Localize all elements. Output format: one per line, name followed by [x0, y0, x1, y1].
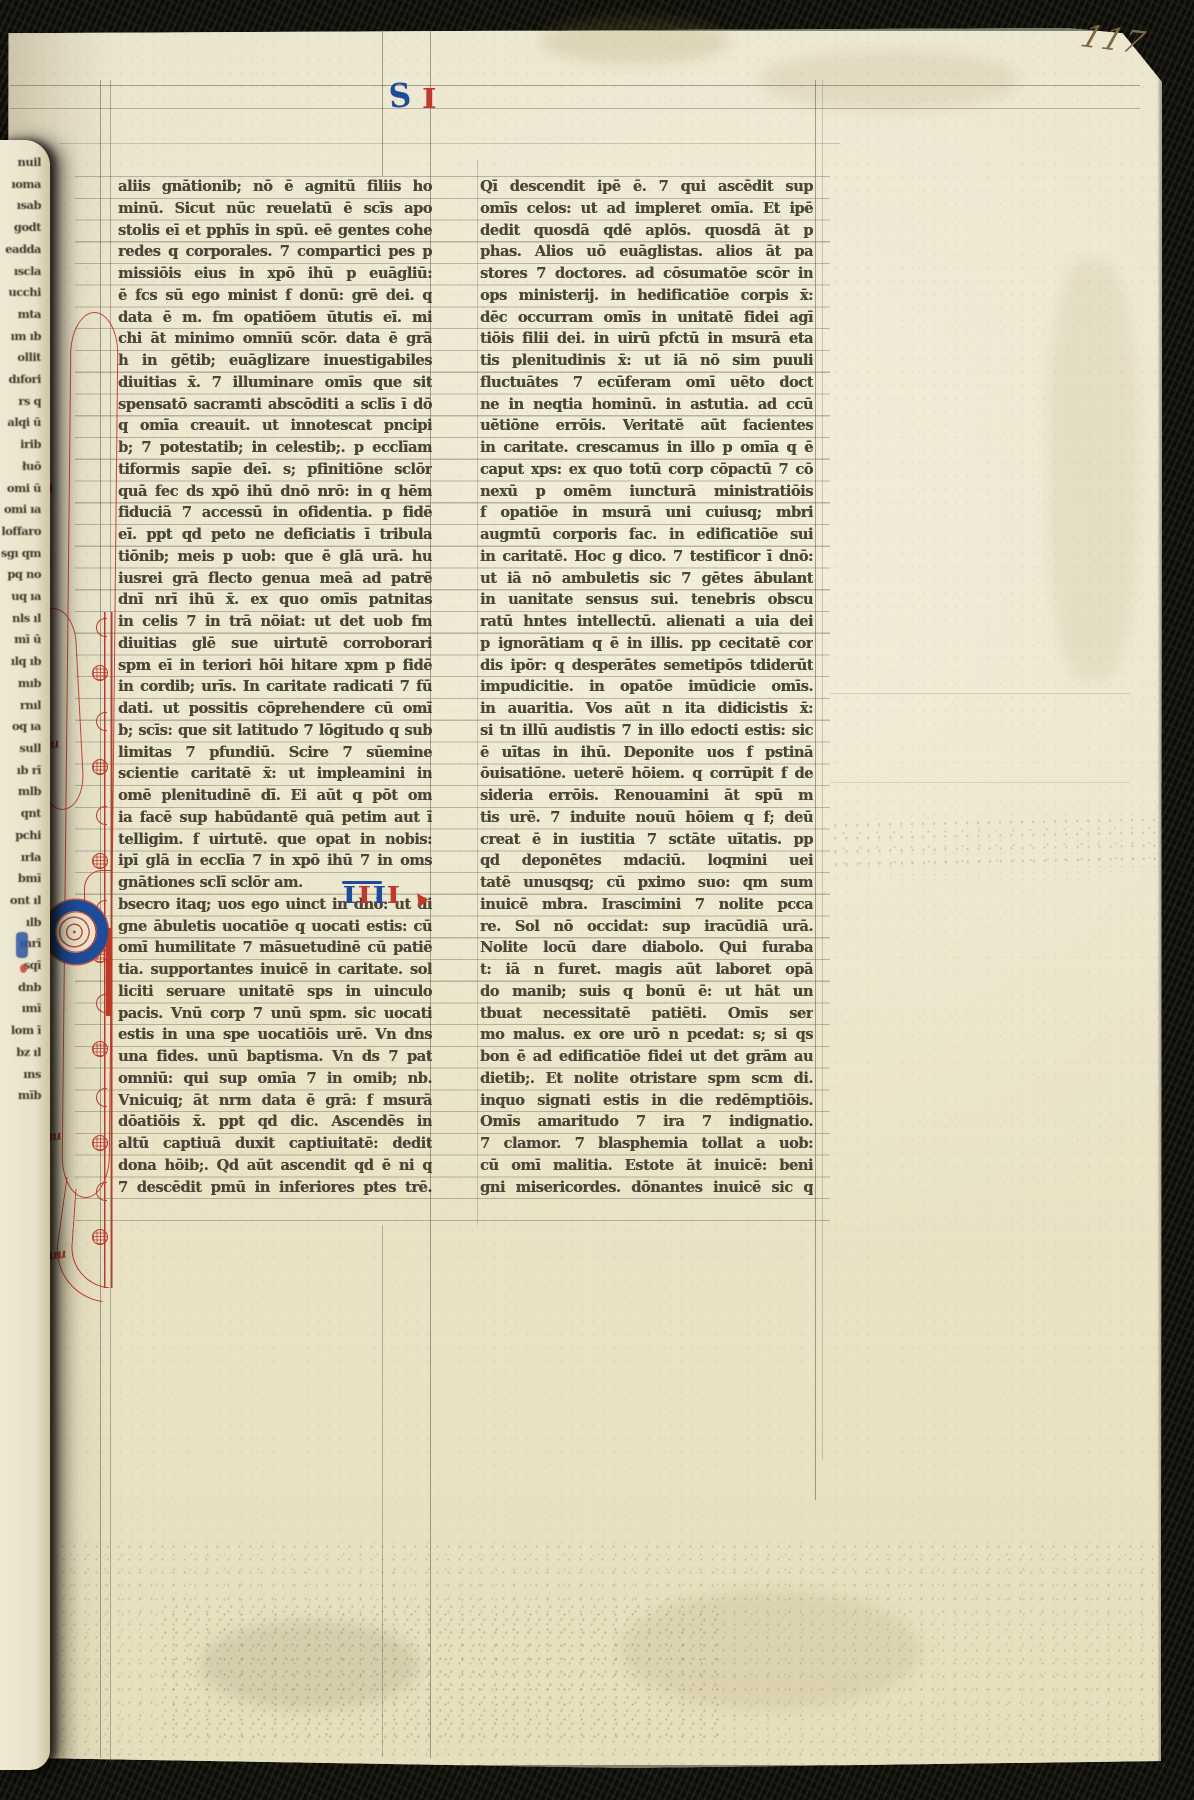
- manuscript-text-line: dōatiōis x̄. ppt qd dic. Ascendēs in: [118, 1111, 432, 1133]
- manuscript-text-line: altū captiuā duxit captiuitatē: dedit: [118, 1133, 432, 1155]
- facing-page-line-end: omi ū: [0, 478, 41, 500]
- chapter-numeral-IIII: IIII: [344, 881, 399, 910]
- manuscript-text-line: dis ipōr: q desperātes semetipōs tdiderū…: [480, 654, 813, 676]
- manuscript-text-line: mo malus. ex ore urō n pcedat: s; si qs: [480, 1024, 813, 1046]
- manuscript-text-line: phas. Alios uō euāglistas. alios āt pa: [480, 241, 813, 263]
- ruling-line: [830, 693, 1130, 694]
- ruling-line: [830, 782, 1130, 783]
- manuscript-text-line: Qī descendit ipē ē. 7 qui ascēdit sup: [480, 176, 813, 198]
- manuscript-text-line: gne ābuletis uocatiōe q uocati estis: cū: [118, 915, 432, 937]
- facing-page-line-end: rnıl: [0, 695, 41, 717]
- ruling-line: [10, 85, 1140, 86]
- manuscript-text-line: Omīs amaritudo 7 ira 7 indignatio.: [480, 1111, 813, 1133]
- manuscript-text-line: gni misericordes. dōnantes inuicē sic q: [480, 1176, 813, 1198]
- manuscript-text-line: sideria errōis. Renouamini āt spū m: [480, 785, 813, 807]
- decorated-initial-O: [44, 900, 108, 964]
- manuscript-text-line: ratū hntes intellectū. alienati a uia de…: [480, 611, 813, 633]
- manuscript-text-line: dedit quosdā qdē aplōs. quosdā āt p: [480, 219, 813, 241]
- ruling-line-vertical: [477, 160, 478, 1225]
- facing-page-line-end: dnb: [0, 977, 41, 999]
- manuscript-text-line: aliis gnātionib; nō ē agnitū filiis ho: [118, 176, 432, 198]
- manuscript-text-line: impudicitie. in opatōe imūdicie omīs.: [480, 676, 813, 698]
- manuscript-text-line: h in gētib; euāglizare inuestigabiles: [118, 350, 432, 372]
- manuscript-text-line: in celis 7 in trā nōiat: ut det uob fm: [118, 611, 432, 633]
- manuscript-text-line: inquo signati estis in die redēmptiōis.: [480, 1089, 813, 1111]
- chapter-numeral-letter: I: [357, 884, 370, 910]
- facing-page-line-end: pchi: [0, 825, 41, 847]
- facing-page-line-end: ırla: [0, 847, 41, 869]
- manuscript-text-line: minū. Sicut nūc reuelatū ē scīs apo: [118, 198, 432, 220]
- manuscript-text-line: b; scīs: que sit latitudo 7 lōgitudo q s…: [118, 720, 432, 742]
- ruling-line-vertical: [822, 80, 823, 1460]
- facing-page-line-end: mlb: [0, 781, 41, 803]
- running-header-letter-red: I: [422, 84, 437, 115]
- manuscript-text-line: dēc occurram omīs in unitatē fidei agī: [480, 306, 813, 328]
- manuscript-text-line: augmtū corporis fac. in edificatiōe sui: [480, 524, 813, 546]
- paragraph-mark-icon: [417, 892, 429, 907]
- manuscript-text-line: chi āt minimo omnīū scōr. data ē grā: [118, 328, 432, 350]
- manuscript-text-line: in auaritia. Vos aūt n ita didicistis x̄…: [480, 698, 813, 720]
- manuscript-text-line: fluctuātes 7 ecūferam omī uēto doct: [480, 372, 813, 394]
- facing-page-line-end: nls ıl: [0, 608, 41, 630]
- manuscript-text-line: inuicē mbra. Irascimini 7 nolite pcca: [480, 894, 813, 916]
- stain: [200, 1620, 420, 1710]
- facing-page-line-end: oq ıa: [0, 716, 41, 738]
- manuscript-text-line: spm eī in teriori hōi hitare xpm p fidē: [118, 654, 432, 676]
- manuscript-text-line: liciti seruare unitatē sps in uinculo: [118, 981, 432, 1003]
- manuscript-text-line: creat ē in iustitia 7 sctāte uītatis. pp: [480, 828, 813, 850]
- ruling-line-vertical: [382, 1225, 383, 1757]
- facing-page-line-end: godt: [0, 217, 41, 239]
- manuscript-text-line: in caritatē. Hoc g dico. 7 testificor ī …: [480, 546, 813, 568]
- manuscript-text-line: tbuat necessitatē patiēti. Omīs ser: [480, 1002, 813, 1024]
- facing-page-line-end: ılb: [0, 912, 41, 934]
- facing-page-line-end: ım ıb: [0, 326, 41, 348]
- manuscript-text-line: ut iā nō ambuletis sic 7 gētes ābulant: [480, 567, 813, 589]
- manuscript-text-line: 7 clamor. 7 blasphemia tollat a uob:: [480, 1133, 813, 1155]
- manuscript-text-line: omīs celos: ut ad impleret omīa. Et ipē: [480, 198, 813, 220]
- manuscript-text-line: iusrei grā flecto genua meā ad patrē: [118, 567, 432, 589]
- folio-number: 117: [1076, 19, 1150, 61]
- manuscript-text-line: tiōnib; meis p uob: que ē glā urā. hu: [118, 546, 432, 568]
- facing-page-line-end: mī ū: [0, 629, 41, 651]
- manuscript-text-line: pacis. Vnū corp 7 unū spm. sic uocati: [118, 1002, 432, 1024]
- facing-page-line-end: mta: [0, 304, 41, 326]
- ruling-line: [10, 108, 1140, 109]
- ruling-line-vertical: [382, 30, 383, 176]
- facing-page-line-end: uq ıa: [0, 586, 41, 608]
- manuscript-text-line: omī humilitate 7 māsuetudinē cū patiē: [118, 937, 432, 959]
- manuscript-text-line: ops ministerij. in hedificatiōe corpis x…: [480, 285, 813, 307]
- facing-page-line-end: eadda: [0, 239, 41, 261]
- facing-page-line-end: dıfori: [0, 369, 41, 391]
- chapter-numeral-letter: I: [372, 884, 385, 910]
- manuscript-text-line: dietib;. Et nolite otristare spm scm di.: [480, 1068, 813, 1090]
- manuscript-text-line: limitas 7 pfundiū. Scire 7 sūemine: [118, 741, 432, 763]
- manuscript-text-line: missiōis eius in xpō ihū p euāgliū:: [118, 263, 432, 285]
- manuscript-text-line: diuitias glē sue uirtutē corroborari: [118, 633, 432, 655]
- manuscript-text-line: omniū: qui sup omīa 7 in omib; nb.: [118, 1068, 432, 1090]
- manuscript-text-line: in caritate. crescamus in illo p omīa q …: [480, 437, 813, 459]
- facing-page-line-end: alqi ū: [0, 412, 41, 434]
- manuscript-text-line: dnī nrī ihū x̄. ex quo omīs patnitas: [118, 589, 432, 611]
- manuscript-text-line: qd deponētes mdaciū. loqmini uei: [480, 850, 813, 872]
- manuscript-text-line: eī. ppt qd peto ne deficiatis ī tribula: [118, 524, 432, 546]
- stain: [1048, 260, 1138, 680]
- manuscript-text-line: bon ē ad edificatiōe fidei ut det grām a…: [480, 1046, 813, 1068]
- manuscript-text-line: uētiōne errōis. Veritatē aūt facientes: [480, 415, 813, 437]
- manuscript-text-line: p ignorātiam q ē in illis. pp cecitatē c…: [480, 633, 813, 655]
- chapter-numeral-letter: I: [343, 884, 356, 910]
- manuscript-text-line: scientie caritatē x̄: ut impleamini in: [118, 763, 432, 785]
- manuscript-text-line: nexū p omēm iuncturā ministratiōis: [480, 480, 813, 502]
- manuscript-text-line: ē uītas in ihū. Deponite uos f pstinā: [480, 741, 813, 763]
- stain: [620, 1590, 920, 1710]
- manuscript-text-line: q omīa creauit. ut innotescat pncipi: [118, 415, 432, 437]
- manuscript-text-line: Nolite locū dare diabolo. Qui furaba: [480, 937, 813, 959]
- manuscript-text-line: ōuisatiōne. ueterē hōiem. q corrūpit f d…: [480, 763, 813, 785]
- facing-page-edge: nuilıomaısabgodteaddaısclaucchimtaım ıbo…: [0, 140, 50, 1770]
- manuscript-text-line: in cordib; urīs. In caritate radicati 7 …: [118, 676, 432, 698]
- facing-page-line-end: ont ıl: [0, 890, 41, 912]
- manuscript-text-line: omē plenitudinē dī. Ei aūt q pōt om: [118, 785, 432, 807]
- text-column-left: aliis gnātionib; nō ē agnitū filiis homi…: [118, 176, 432, 1198]
- facing-page-line-end: irib łuō: [0, 434, 41, 477]
- running-header-letter-blue: S: [387, 75, 412, 116]
- manuscript-text-line: tia. supportantes inuicē in caritate. so…: [118, 959, 432, 981]
- facing-page-line-end: ıb rī: [0, 760, 41, 782]
- facing-page-line-end: nuil: [0, 152, 41, 174]
- facing-page-line-end: sull: [0, 738, 41, 760]
- stain: [540, 18, 730, 64]
- facing-page-line-end: lom ī: [0, 1020, 41, 1042]
- facing-page-line-end: ımī: [0, 998, 41, 1020]
- facing-page-line-end: mīb: [0, 1085, 41, 1107]
- manuscript-text-line: dona hōib;. Qd aūt ascendit qd ē ni q: [118, 1155, 432, 1177]
- facing-page-line-end: pq no: [0, 564, 41, 586]
- manuscript-text-line: Vnicuiq; āt nrm data ē grā: f msurā: [118, 1089, 432, 1111]
- facing-page-line-end: bz ıl: [0, 1042, 41, 1064]
- facing-page-line-end: rq ī: [0, 1107, 41, 1112]
- manuscript-text-line: f opatiōe in msurā uni cuiusq; mbri: [480, 502, 813, 524]
- manuscript-text-line: tiformis sapīe deī. s; pfinitiōne sclōr: [118, 459, 432, 481]
- facing-page-line-end: ısab: [0, 195, 41, 217]
- manuscript-text-line: tis plenitudinis x̄: ut iā nō sim puuli: [480, 350, 813, 372]
- facing-rubric-fragment: [20, 964, 27, 973]
- manuscript-text-line: b; 7 potestatib; in celestib;. p ecclīam: [118, 437, 432, 459]
- facing-page-line-end: ucchi: [0, 282, 41, 304]
- manuscript-text-line: si tn illū audistis 7 in illo edocti est…: [480, 720, 813, 742]
- manuscript-text-line: t: iā n furet. magis aūt laboret opā: [480, 959, 813, 981]
- manuscript-text-line: ne in neqtia hominū. in astutia. ad ccū: [480, 393, 813, 415]
- facing-page-line-end: qnt: [0, 803, 41, 825]
- penwork-ball: [92, 665, 108, 681]
- facing-page-line-end: omi ıa: [0, 499, 41, 521]
- facing-page-line-end: bmī: [0, 868, 41, 890]
- manuscript-text-line: re. Sol nō occidat: sup iracūdiā urā.: [480, 915, 813, 937]
- manuscript-text-line: dati. ut possitis cōprehendere cū omī: [118, 698, 432, 720]
- manuscript-text-line: 7 descēdit pmū in inferiores ptes trē.: [118, 1176, 432, 1198]
- facing-page-line-end: ıoma: [0, 174, 41, 196]
- manuscript-text-line: diuitias x̄. 7 illuminare omīs que sit: [118, 372, 432, 394]
- facing-page-line-end: ollit: [0, 347, 41, 369]
- manuscript-text-line: quā fec ds xpō ihū dnō nrō: in q hēm: [118, 480, 432, 502]
- manuscript-text-line: ia facē sup habūdantē quā petim aut ī: [118, 807, 432, 829]
- manuscript-text-line: tatē unusqsq; cū pximo suo: qm sum: [480, 872, 813, 894]
- manuscript-text-line: una fides. unū baptisma. Vn ds 7 pat: [118, 1046, 432, 1068]
- manuscript-text-line: fiduciā 7 accessū in ofidentia. p fidē: [118, 502, 432, 524]
- penwork-ball: [92, 1135, 108, 1151]
- facing-page-line-end: sgı qm: [0, 543, 41, 565]
- penwork-ball: [92, 759, 108, 775]
- manuscript-text-line: estis in una spe uocatiōis urē. Vn dns: [118, 1024, 432, 1046]
- penwork-ball: [92, 853, 108, 869]
- ruling-line-vertical: [815, 80, 816, 1500]
- manuscript-text-line: ē fcs sū ego minist f donū: grē dei. q: [118, 285, 432, 307]
- manuscript-text-line: ipī glā in ecclīa 7 in xpō ihū 7 in oms: [118, 850, 432, 872]
- facing-initial-fragment: [16, 932, 28, 958]
- facing-page-line-end: ıns: [0, 1064, 41, 1086]
- chapter-numeral-letter: I: [387, 884, 400, 910]
- manuscript-text-line: tiōis filii dei. in uirū pfctū in msurā …: [480, 328, 813, 350]
- facing-page-line-end: loffaro: [0, 521, 41, 543]
- manuscript-text-line: telligim. f uirtutē. que opat in nobis:: [118, 828, 432, 850]
- penwork-ball: [92, 1041, 108, 1057]
- manuscript-text-line: cū omī malitia. Estote āt inuicē: beni: [480, 1155, 813, 1177]
- stain: [760, 50, 1020, 110]
- manuscript-text-line: in uanitate sensus sui. tenebris obscu: [480, 589, 813, 611]
- manuscript-text-line: redes q corporales. 7 compartici pes p: [118, 241, 432, 263]
- facing-page-line-end: rs q: [0, 391, 41, 413]
- manuscript-text-line: caput xps: ex quo totū corp cōpactū 7 cō: [480, 459, 813, 481]
- manuscript-text-line: tis urē. 7 induite nouū hōiem q f; deū: [480, 807, 813, 829]
- manuscript-text-line: stores 7 doctores. ad cōsumatōe scōr in: [480, 263, 813, 285]
- text-column-right: Qī descendit ipē ē. 7 qui ascēdit supomī…: [480, 176, 813, 1198]
- manuscript-text-line: do manib; suis q bonū ē: ut hāt un: [480, 981, 813, 1003]
- facing-page-line-end: ıscla: [0, 261, 41, 283]
- facing-page-line-end: mıb: [0, 673, 41, 695]
- facing-page-line-end: ılq ıb: [0, 651, 41, 673]
- manuscript-text-line: stolis eī et pphīs in spū. eē gentes coh…: [118, 219, 432, 241]
- manuscript-text-line: data ē m. fm opatiōem ūtutis eī. mi: [118, 306, 432, 328]
- ruling-line: [60, 143, 840, 144]
- manuscript-text-line: spensatō sacramti abscōditi a sclīs ī dō: [118, 393, 432, 415]
